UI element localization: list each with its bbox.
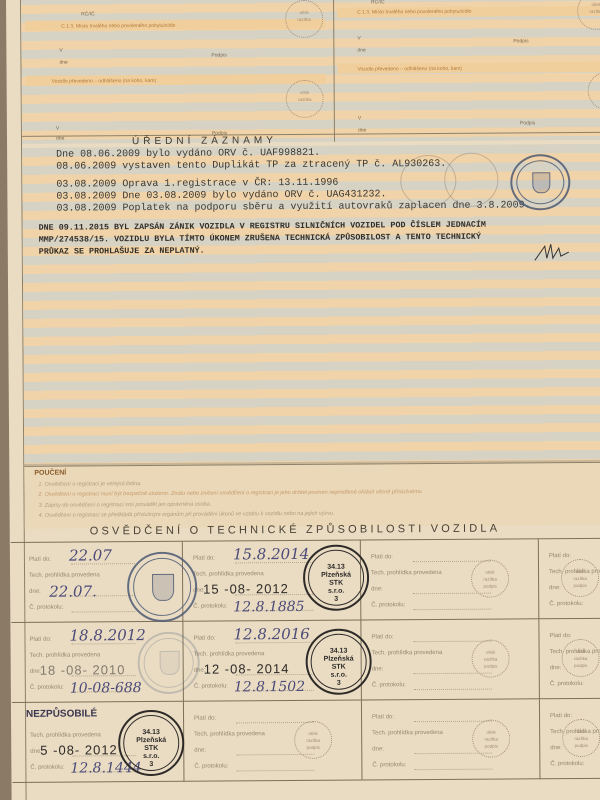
field-label-date: dne: bbox=[550, 665, 562, 671]
field-label-protocol: Č. protokolu: bbox=[30, 765, 64, 771]
field-label-protocol: Č. protokolu: bbox=[372, 682, 406, 688]
owner-transfer-section: RČ/IČ C.1.3. Místo trvalého nebo povolen… bbox=[21, 0, 600, 144]
place-label: V bbox=[357, 36, 360, 42]
stamp-placeholder: otiskrazítkapodpis bbox=[562, 719, 600, 757]
field-label-valid-until: Platí do: bbox=[29, 557, 51, 563]
field-label-protocol: Č. protokolu: bbox=[549, 601, 583, 607]
field-label-date: dne: bbox=[372, 746, 384, 752]
column-divider bbox=[333, 0, 335, 142]
authority-stamp bbox=[137, 632, 199, 694]
field-label-date: dne: bbox=[371, 586, 383, 592]
field-label-inspection: Tech. prohlídka provedena bbox=[372, 650, 443, 656]
field-label-valid-until: Platí do: bbox=[371, 554, 393, 560]
deregistration-notice-line: DNE 09.11.2015 BYL ZAPSÁN ZÁNIK VOZIDLA … bbox=[39, 220, 486, 233]
field-label-date: dne: bbox=[194, 748, 206, 754]
field-label-valid-until: Platí do: bbox=[371, 634, 393, 640]
place-label: V bbox=[59, 48, 62, 54]
valid-until-value: 15.8.2014 bbox=[233, 545, 309, 564]
protocol-number-value: 12.8.1502 bbox=[234, 679, 305, 695]
technical-inspection-grid: Platí do:Tech. prohlídka provedenadne:Č.… bbox=[11, 538, 600, 800]
rc-ic-label: RČ/IČ bbox=[371, 0, 385, 5]
field-label-protocol: Č. protokolu: bbox=[372, 762, 406, 768]
record-line: 03.08.2009 Dne 03.08.2009 bylo vydáno OR… bbox=[56, 189, 386, 202]
inspection-record-cell: Platí do:Tech. prohlídka provedenadne:Č.… bbox=[539, 619, 600, 700]
field-label-inspection: Tech. prohlídka provedena bbox=[193, 571, 264, 577]
field-label-date: dne: bbox=[549, 585, 561, 591]
inspection-record-cell: Platí do:Tech. prohlídka provedenadne:Č.… bbox=[540, 699, 600, 780]
stamp-placeholder: otiskrazítkapodpis bbox=[472, 719, 510, 757]
inspection-date-value: 18 -08- 2010 bbox=[40, 662, 126, 678]
stamp-placeholder: otiskrazítkapodpis bbox=[562, 639, 600, 677]
place-label: V bbox=[56, 126, 59, 132]
document-body: RČ/IČ C.1.3. Místo trvalého nebo povolen… bbox=[20, 0, 600, 800]
address-label: C.1.3. Místo trvalého nebo povoleného po… bbox=[357, 9, 471, 16]
field-label-valid-until: Platí do: bbox=[193, 636, 215, 642]
place-label: V bbox=[358, 116, 361, 122]
signature-label: Podpis bbox=[513, 38, 528, 44]
inspection-date-value: 15 -08- 2012 bbox=[203, 581, 289, 597]
stamp-placeholder: otiskrazítka bbox=[285, 0, 323, 38]
field-label-protocol: Č. protokolu: bbox=[371, 602, 405, 608]
stamp-placeholder: otiskrazítkapodpis bbox=[471, 560, 509, 598]
date-label: dne bbox=[357, 47, 365, 53]
stk-station-stamp: 34.13PlzeňskáSTKs.r.o.3 bbox=[118, 710, 184, 776]
field-label-inspection: Tech. prohlídka provedena bbox=[194, 731, 265, 737]
inspection-date-value: 5 -08- 2012 bbox=[40, 742, 118, 758]
field-label-inspection: Tech. prohlídka provedena bbox=[30, 732, 101, 738]
field-label-protocol: Č. protokolu: bbox=[193, 603, 227, 609]
field-label-valid-until: Platí do: bbox=[372, 714, 394, 720]
date-label: dne bbox=[59, 60, 67, 66]
stamp-placeholder: otiskrazítka bbox=[588, 72, 600, 110]
valid-until-value: 22.07 bbox=[69, 546, 112, 564]
field-label-protocol: Č. protokolu: bbox=[29, 605, 63, 611]
inspection-record-cell: Platí do:Tech. prohlídka provedenadne:Č.… bbox=[361, 619, 540, 700]
record-line: 03.08.2009 Oprava 1.registrace v ČR: 13.… bbox=[56, 178, 338, 191]
field-label-inspection: Tech. prohlídka provedena bbox=[30, 652, 101, 658]
field-label-date: dne: bbox=[29, 589, 41, 595]
rc-ic-label: RČ/IČ bbox=[81, 11, 95, 17]
field-line bbox=[414, 769, 492, 771]
transfer-label: Vozidlo převedeno – odhlášeno (na koho, … bbox=[358, 66, 463, 73]
faded-stamp bbox=[444, 153, 498, 207]
field-label-inspection: Tech. prohlídka provedena bbox=[29, 572, 100, 578]
field-label-protocol: Č. protokolu: bbox=[194, 763, 228, 769]
field-label-valid-until: Platí do: bbox=[194, 716, 216, 722]
field-label-inspection: Tech. prohlídka provedena bbox=[372, 730, 443, 736]
technical-certificate-title: OSVĚDČENÍ O TECHNICKÉ ZPŮSOBILOSTI VOZID… bbox=[90, 523, 501, 538]
valid-until-value: 18.8.2012 bbox=[69, 626, 145, 645]
field-label-protocol: Č. protokolu: bbox=[194, 683, 228, 689]
field-label-valid-until: Platí do: bbox=[549, 553, 571, 559]
protocol-number-value: 12.8.1885 bbox=[233, 599, 304, 615]
field-label-protocol: Č. protokolu: bbox=[30, 685, 64, 691]
field-label-valid-until: Platí do: bbox=[29, 637, 51, 643]
instruction-item: 1. Osvědčení o registraci je veřejná lis… bbox=[38, 481, 141, 488]
inspection-record-cell: Platí do:Tech. prohlídka provedenadne:Č.… bbox=[539, 539, 600, 620]
field-label-date: dne: bbox=[550, 745, 562, 751]
transfer-label: Vozidlo převedeno – odhlášeno (na koho, … bbox=[52, 78, 157, 85]
field-line bbox=[413, 609, 491, 611]
signature-label: Podpis bbox=[520, 120, 535, 126]
record-line: 08.06.2009 vystaven tento Duplikát TP za… bbox=[56, 159, 446, 173]
field-label-inspection: Tech. prohlídka provedena bbox=[194, 651, 265, 657]
stk-station-stamp: 34.13PlzeňskáSTKs.r.o.3 bbox=[303, 544, 369, 610]
instructions-section: POUČENÍ 1. Osvědčení o registraci je veř… bbox=[24, 462, 600, 529]
record-line: Dne 08.06.2009 bylo vydáno ORV č. UAF998… bbox=[56, 148, 320, 161]
deregistration-notice-line: MMP/274538/15. VOZIDLU BYLA TÍMTO ÚKONEM… bbox=[39, 232, 481, 245]
stk-station-stamp: 34.13PlzeňskáSTKs.r.o.3 bbox=[305, 628, 371, 694]
field-line bbox=[71, 611, 135, 612]
section-divider bbox=[22, 132, 600, 137]
stamp-placeholder: otiskrazítka bbox=[286, 80, 324, 118]
field-line bbox=[414, 689, 492, 691]
address-label: C.1.3. Místo trvalého nebo povoleného po… bbox=[61, 23, 175, 30]
instruction-item: 2. Osvědčení o registraci musí být bezpe… bbox=[38, 489, 421, 498]
field-line bbox=[236, 770, 314, 772]
instructions-title: POUČENÍ bbox=[34, 470, 66, 477]
vehicle-technical-certificate-page: RČ/IČ C.1.3. Místo trvalého nebo povolen… bbox=[6, 0, 600, 800]
valid-until-value: 12.8.2016 bbox=[233, 625, 309, 644]
field-label-valid-until: Platí do: bbox=[550, 713, 572, 719]
inspection-date-value: 22.07. bbox=[49, 582, 97, 600]
instruction-item: 4. Osvědčení o registraci se předkládá p… bbox=[39, 511, 335, 519]
stamp-placeholder: otiskrazítkapodpis bbox=[294, 721, 332, 759]
official-records-section: Dne 08.06.2009 bylo vydáno ORV č. UAF998… bbox=[22, 144, 600, 464]
protocol-number-value: 10-08-688 bbox=[70, 680, 142, 697]
inspection-date-value: 12 -08- 2014 bbox=[204, 661, 290, 677]
authority-stamp bbox=[510, 154, 570, 210]
field-label-inspection: Tech. prohlídka provedena bbox=[371, 570, 442, 576]
stamp-placeholder: otiskrazítkapodpis bbox=[561, 559, 599, 597]
unfit-status: NEZPŮSOBILÉ bbox=[26, 708, 97, 719]
signature-mark bbox=[533, 240, 573, 264]
stamp-placeholder: otiskrazítkapodpis bbox=[472, 640, 510, 678]
field-label-valid-until: Platí do: bbox=[193, 556, 215, 562]
field-label-protocol: Č. protokolu: bbox=[550, 761, 584, 767]
date-label: dne bbox=[56, 136, 64, 142]
date-label: dne bbox=[358, 127, 366, 133]
inspection-record-cell: Platí do:Tech. prohlídka provedenadne:Č.… bbox=[362, 699, 541, 780]
field-label-valid-until: Platí do: bbox=[549, 633, 571, 639]
authority-stamp bbox=[127, 552, 197, 622]
instruction-item: 3. Zápisy do osvědčení o registraci smí … bbox=[39, 502, 212, 509]
field-label-date: dne: bbox=[372, 666, 384, 672]
signature-label: Podpis bbox=[211, 52, 226, 58]
inspection-record-cell: Platí do:Tech. prohlídka provedenadne:Č.… bbox=[184, 701, 363, 782]
inspection-record-cell: Platí do:Tech. prohlídka provedenadne:Č.… bbox=[361, 539, 540, 620]
stamp-placeholder: otiskrazítka bbox=[577, 0, 600, 30]
deregistration-notice-line: PRŮKAZ SE PROHLAŠUJE ZA NEPLATNÝ. bbox=[39, 246, 205, 257]
field-label-protocol: Č. protokolu: bbox=[550, 681, 584, 687]
